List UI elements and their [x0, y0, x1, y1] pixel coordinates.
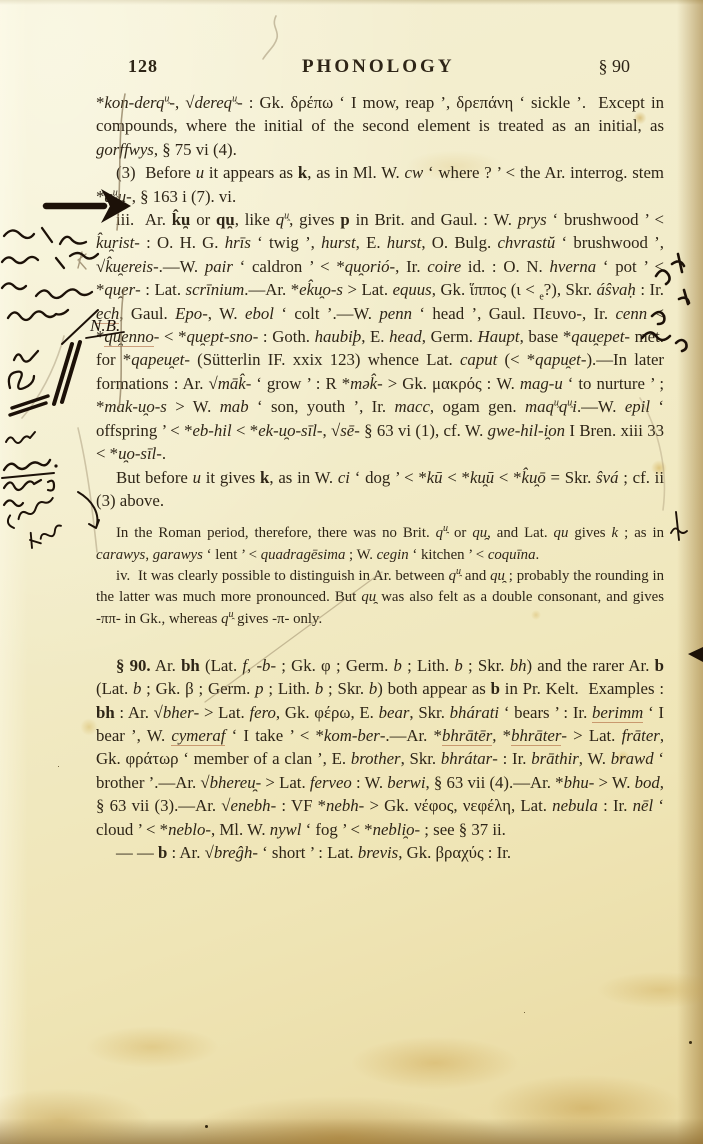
pencil-k-mark — [78, 252, 86, 269]
cursive-scribbles-upper — [2, 228, 98, 320]
page-title: PHONOLOGY — [158, 56, 599, 78]
paragraph: In the Roman period, therefore, there wa… — [96, 523, 664, 566]
paragraph: — — b : Ar. √breĝh- ‘ short ’ : Lat. bre… — [96, 841, 664, 864]
paragraph: (3) Before u it appears as k, as in Ml. … — [96, 161, 664, 208]
paragraph: But before u it gives k, as in W. ci ‘ d… — [96, 466, 664, 513]
paragraph: iii. Ar. k̂u̯ or qu̯, like qu̯, gives p … — [96, 208, 664, 465]
cursive-eb — [9, 372, 34, 389]
double-underline — [10, 396, 48, 415]
pencil-check-icon — [263, 16, 277, 59]
cursive-scribbles-lower — [2, 432, 99, 548]
right-margin-mark — [671, 512, 687, 540]
cursive-pc — [14, 351, 38, 362]
paragraph: § 90. Ar. bh (Lat. f, -b- ; Gk. φ ; Germ… — [96, 654, 664, 841]
body-text: *kon-derqu̯-, √derequ̯- : Gk. δρέπω ‘ I … — [96, 91, 664, 864]
right-arrowhead-icon — [688, 647, 703, 662]
scanned-book-page: 128 PHONOLOGY § 90 *kon-derqu̯-, √derequ… — [0, 0, 703, 1144]
section-number: § 90 — [599, 56, 631, 77]
page-number: 128 — [128, 56, 158, 77]
page-header: 128 PHONOLOGY § 90 — [96, 56, 664, 78]
double-stroke-mark — [54, 342, 80, 404]
paragraph: iv. It was clearly possible to distingui… — [96, 566, 664, 630]
text-column: 128 PHONOLOGY § 90 *kon-derqu̯-, √derequ… — [96, 56, 664, 864]
paper-specks — [205, 1125, 208, 1128]
paragraph: *kon-derqu̯-, √derequ̯- : Gk. δρέπω ‘ I … — [96, 91, 664, 161]
nb-slash — [62, 310, 98, 344]
